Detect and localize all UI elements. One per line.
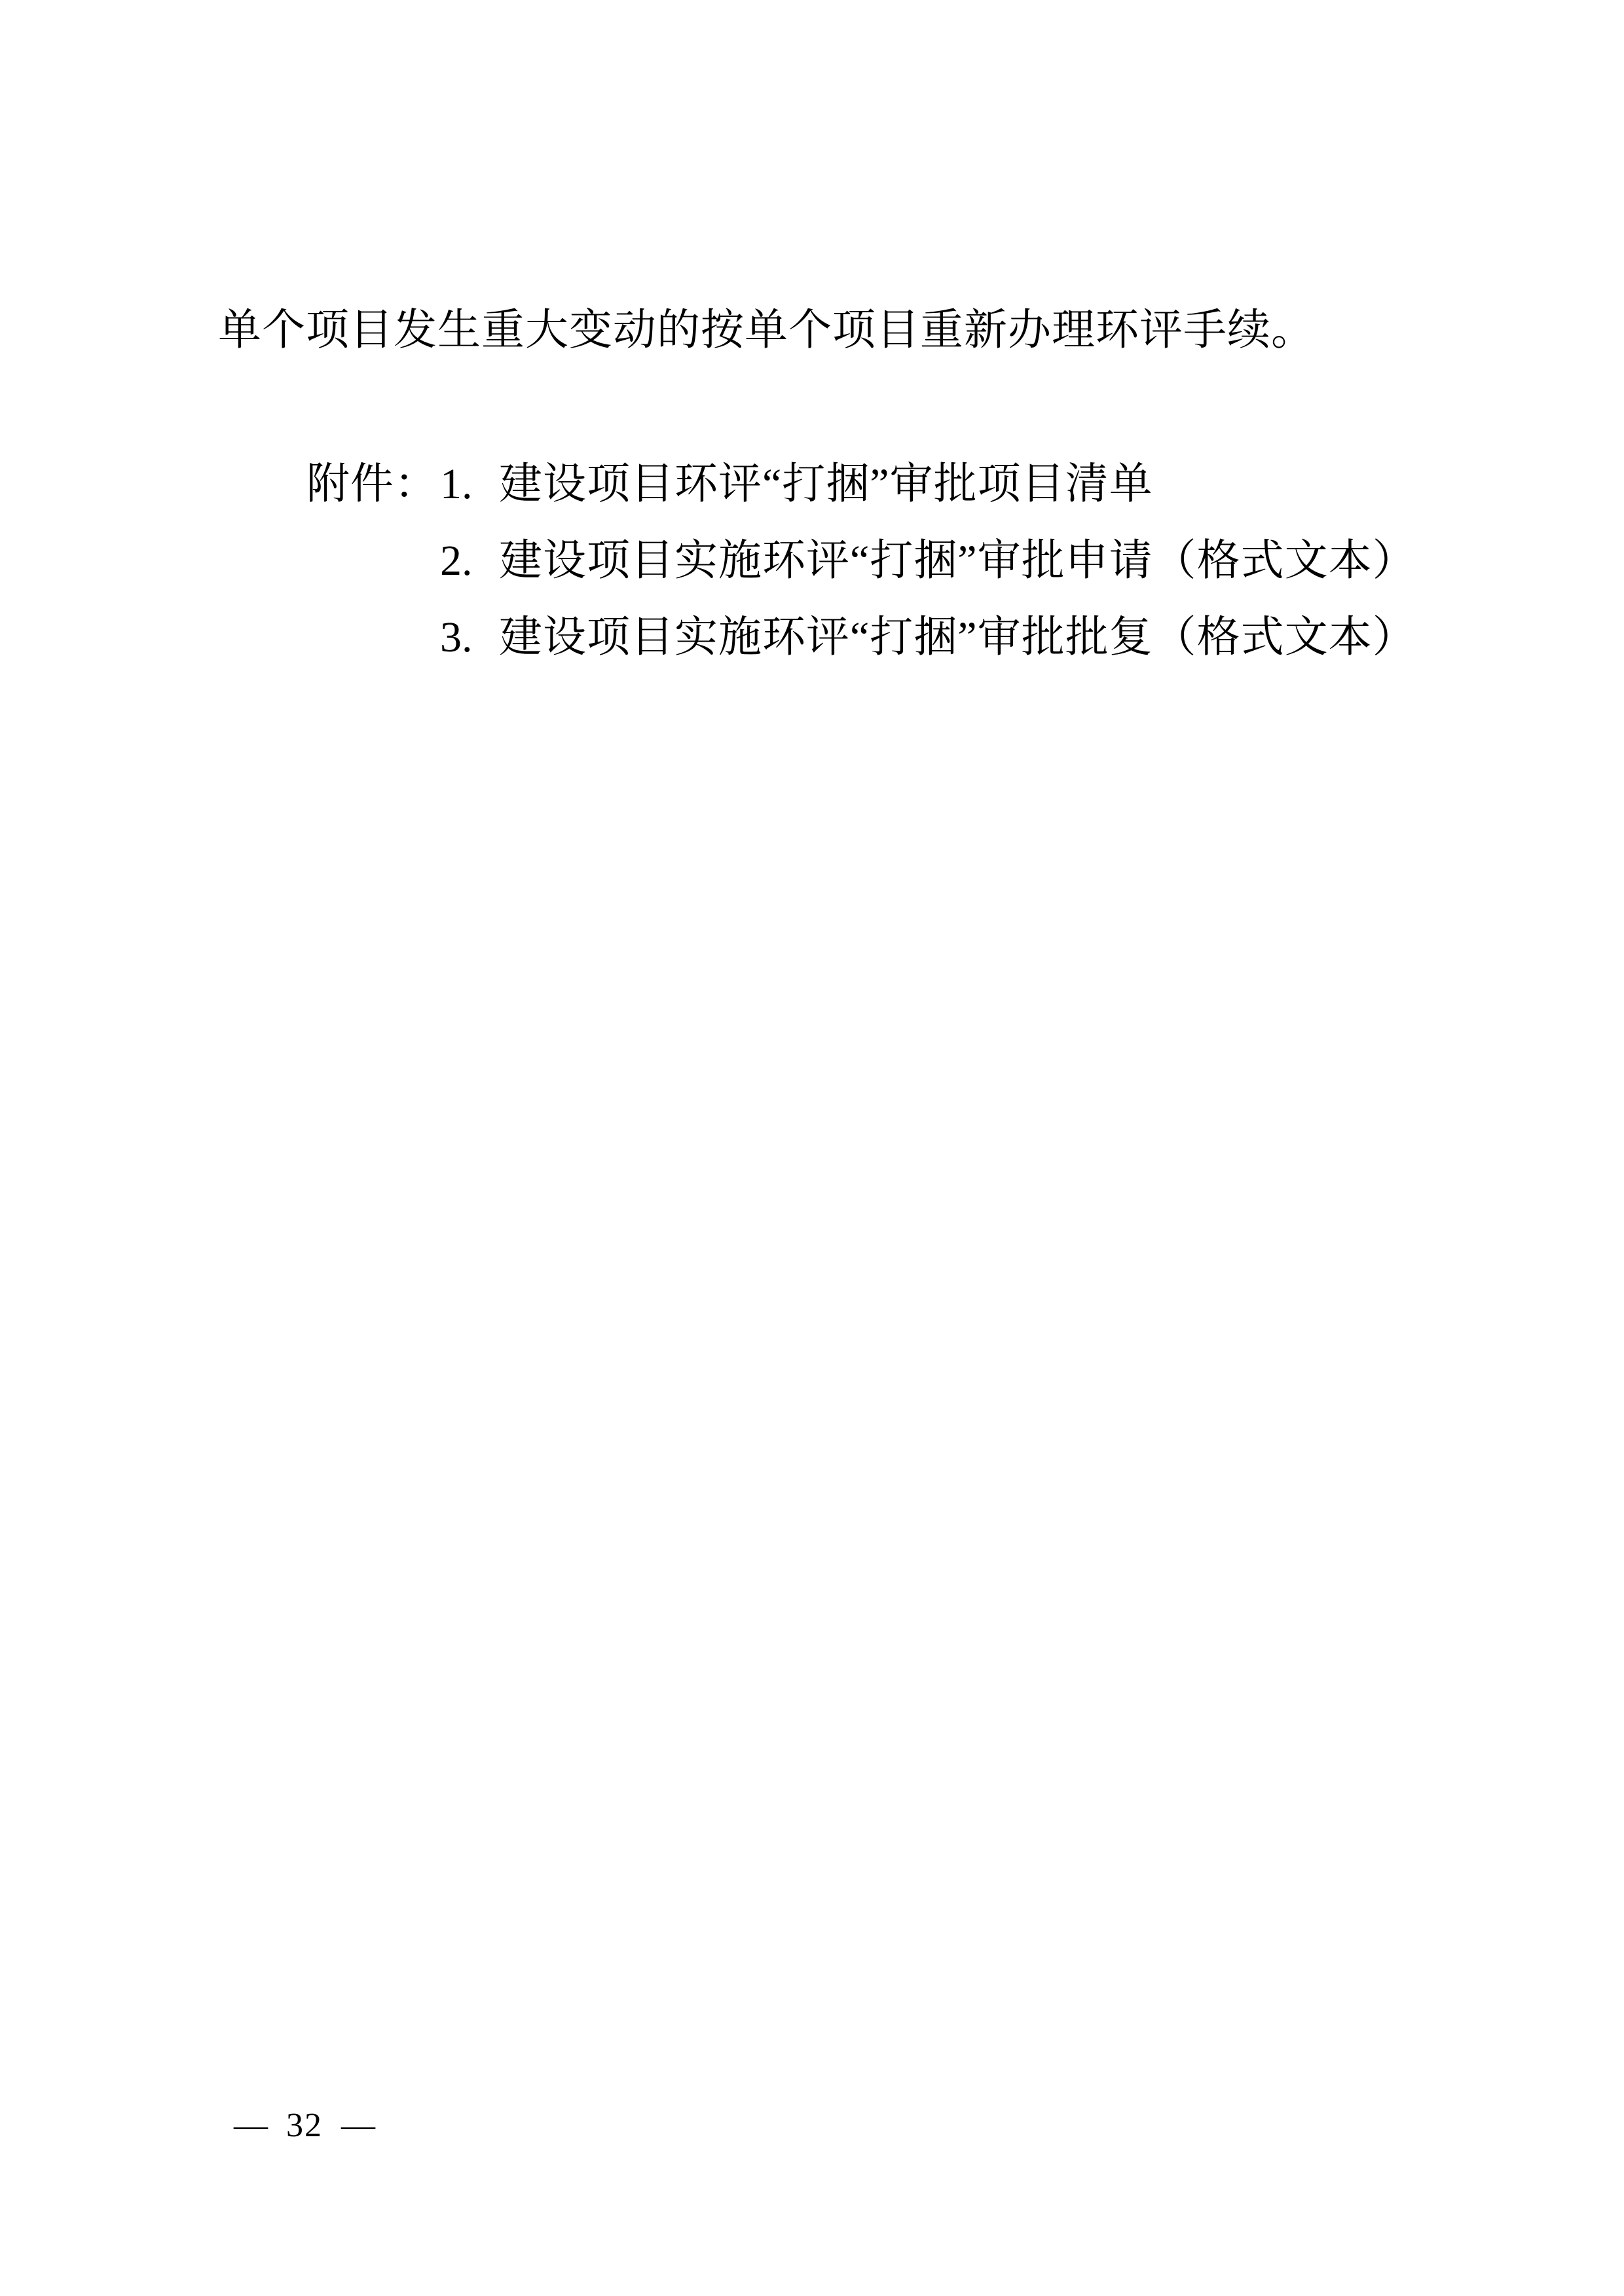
attachment-item-2-number: 2. [440,537,499,585]
attachment-item-2-text: 建设项目实施环评“打捆”审批申请（格式文本） [499,537,1416,585]
footer-dash-right: — [341,2107,375,2145]
attachment-item-1-number: 1. [440,460,499,509]
attachments-label: 附件： [306,460,438,509]
attachment-item-3-text: 建设项目实施环评“打捆”审批批复（格式文本） [499,613,1416,661]
page-number: 32 [286,2107,323,2145]
attachment-item-2: 2.建设项目实施环评“打捆”审批申请（格式文本） [440,537,1416,585]
paragraph-text: 单个项目发生重大变动的按单个项目重新办理环评手续。 [218,306,1315,355]
attachment-item-3-number: 3. [440,613,499,662]
attachment-item-1: 1.建设项目环评“打捆”审批项目清单 [440,460,1153,509]
attachment-item-1-text: 建设项目环评“打捆”审批项目清单 [499,460,1153,508]
attachment-item-3: 3.建设项目实施环评“打捆”审批批复（格式文本） [440,613,1416,662]
footer-dash-left: — [234,2107,268,2145]
document-page: 单个项目发生重大变动的按单个项目重新办理环评手续。 附件： 1.建设项目环评“打… [0,0,1624,2296]
page-footer: — 32 — [234,2107,375,2145]
